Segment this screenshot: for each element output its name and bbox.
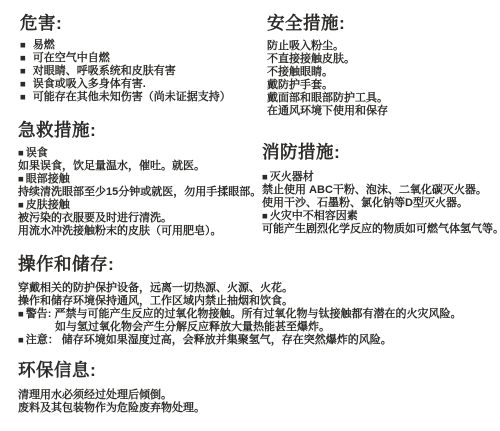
line-text: 如与氢过氧化物会产生分解反应释放大量热能甚至爆炸。 [55,321,330,333]
line-text: 在通风环境下使用和保存 [267,105,388,117]
line-text: 注意： 储存环境如果湿度过高，会释放并集聚氢气，存在突然爆炸的风险。 [26,334,392,346]
line-text: 戴面部和眼部防护工具。 [267,92,388,104]
text-line: ■皮肤接触 [18,199,268,212]
bullet-square-icon: ■ [20,78,26,91]
text-line: ■可在空气中自燃 [20,52,265,65]
text-line: ■对眼睛、呼吸系统和皮肤有害 [20,65,265,78]
bullet-square-icon: ■ [262,171,268,184]
bullet-square-icon: ■ [18,199,24,212]
text-line: ■废料及其包装物作为危险废弃物处理。 [18,402,478,415]
text-line: ■戴面部和眼部防护工具。 [267,92,495,105]
section-hazards: 危害: ■易燃 ■可在空气中自燃 ■对眼睛、呼吸系统和皮肤有害 ■误食或吸入多身… [20,13,265,104]
line-text: 操作和储存环境保持通风，工作区域内禁止抽烟和饮食。 [18,295,293,307]
text-line: ■如果误食，饮足量温水，催吐。就医。 [18,160,268,173]
text-line: ■易燃 [20,39,265,52]
text-line: ■注意： 储存环境如果湿度过高，会释放并集聚氢气，存在突然爆炸的风险。 [18,334,496,347]
section-title-fire-fighting: 消防措施: [262,142,500,163]
text-line: ■戴防护手套。 [267,79,495,92]
text-line: ■使用干沙、石墨粉、氯化钠等D型灭火器。 [262,197,500,210]
bullet-square-icon: ■ [20,39,26,52]
line-text: 不直接接触皮肤。 [267,53,355,65]
section-title-safety-measures: 安全措施: [267,13,495,34]
text-line: ■在通风环境下使用和保存 [267,105,495,118]
text-line: ■被污染的衣服要及时进行清洗。 [18,212,268,225]
text-line: ■火灾中不相容因素 [262,210,500,223]
line-text: 易燃 [33,39,55,51]
text-line: ■操作和储存环境保持通风，工作区域内禁止抽烟和饮食。 [18,295,496,308]
text-line: ■可能存在其他未知伤害（尚未证据支持） [20,91,265,104]
line-text: 清理用水必须经过处理后倾倒。 [18,389,172,401]
section-handling-storage: 操作和储存: ■穿戴相关的防护保护设备，远离一切热源、火源、火花。 ■操作和储存… [18,254,496,347]
bullet-square-icon: ■ [20,52,26,65]
bullet-square-icon: ■ [18,147,24,160]
bullet-square-icon: ■ [18,334,24,347]
section-title-environmental-info: 环保信息: [18,360,478,381]
line-text: 如果误食，饮足量温水，催吐。就医。 [18,160,205,172]
line-text: 可在空气中自燃 [33,52,110,64]
text-line: ■误食或吸入多身体有害. [20,78,265,91]
hazards-list: ■易燃 ■可在空气中自燃 ■对眼睛、呼吸系统和皮肤有害 ■误食或吸入多身体有害.… [20,39,265,104]
section-title-first-aid: 急救措施: [18,120,268,141]
bullet-square-icon: ■ [18,173,24,186]
line-text: 被污染的衣服要及时进行清洗。 [18,212,172,224]
line-text: 使用干沙、石墨粉、氯化钠等D型灭火器。 [262,197,468,209]
text-line: ■误食 [18,147,268,160]
text-line: ■防止吸入粉尘。 [267,40,495,53]
line-text: 禁止使用 ABC干粉、泡沫、二氧化碳灭火器。 [262,184,487,196]
text-line: ■灭火器材 [262,171,500,184]
text-line: ■可能产生剧烈化学反应的物质如可燃气体氢气等。 [262,223,500,236]
line-text: 误食或吸入多身体有害. [33,78,146,90]
line-text: 戴防护手套。 [267,79,333,91]
text-line: ■不直接接触皮肤。 [267,53,495,66]
text-line: ■禁止使用 ABC干粉、泡沫、二氧化碳灭火器。 [262,184,500,197]
section-fire-fighting: 消防措施: ■灭火器材 ■禁止使用 ABC干粉、泡沫、二氧化碳灭火器。 ■使用干… [262,142,500,236]
text-line: ■用流水冲洗接触粉末的皮肤（可用肥皂）。 [18,225,268,238]
text-line: ■清理用水必须经过处理后倾倒。 [18,389,478,402]
text-line: ■不接触眼睛。 [267,66,495,79]
text-line: ■持续清洗眼部至少15分钟或就医，勿用手揉眼部。 [18,186,268,199]
line-text: 持续清洗眼部至少15分钟或就医，勿用手揉眼部。 [18,186,261,198]
fire-fighting-list: ■灭火器材 ■禁止使用 ABC干粉、泡沫、二氧化碳灭火器。 ■使用干沙、石墨粉、… [262,171,500,236]
line-text: 可能产生剧烈化学反应的物质如可燃气体氢气等。 [262,223,500,235]
first-aid-list: ■误食 ■如果误食，饮足量温水，催吐。就医。 ■眼部接触 ■持续清洗眼部至少15… [18,147,268,238]
line-text: 用流水冲洗接触粉末的皮肤（可用肥皂）。 [18,225,222,237]
bullet-square-icon: ■ [20,65,26,78]
environmental-info-list: ■清理用水必须经过处理后倾倒。 ■废料及其包装物作为危险废弃物处理。 [18,389,478,415]
section-title-handling-storage: 操作和储存: [18,254,496,275]
line-text: 防止吸入粉尘。 [267,40,344,52]
section-safety-measures: 安全措施: ■防止吸入粉尘。 ■不直接接触皮肤。 ■不接触眼睛。 ■戴防护手套。… [267,13,495,118]
line-text: 皮肤接触 [26,199,70,211]
text-line: ■眼部接触 [18,173,268,186]
text-line: ■警告: 严禁与可能产生反应的过氧化物接触。所有过氧化物与钛接触都有潜在的火灾风… [18,308,496,321]
handling-storage-list: ■穿戴相关的防护保护设备，远离一切热源、火源、火花。 ■操作和储存环境保持通风，… [18,282,496,347]
text-line: ■穿戴相关的防护保护设备，远离一切热源、火源、火花。 [18,282,496,295]
section-first-aid: 急救措施: ■误食 ■如果误食，饮足量温水，催吐。就医。 ■眼部接触 ■持续清洗… [18,120,268,238]
safety-measures-list: ■防止吸入粉尘。 ■不直接接触皮肤。 ■不接触眼睛。 ■戴防护手套。 ■戴面部和… [267,40,495,118]
bullet-square-icon: ■ [18,308,24,321]
text-line: ■如与氢过氧化物会产生分解反应释放大量热能甚至爆炸。 [18,321,496,334]
line-text: 灭火器材 [270,171,314,183]
line-text: 对眼睛、呼吸系统和皮肤有害 [33,65,176,77]
line-text: 火灾中不相容因素 [270,210,358,222]
line-text: 可能存在其他未知伤害（尚未证据支持） [33,91,231,103]
line-text: 警告: 严禁与可能产生反应的过氧化物接触。所有过氧化物与钛接触都有潜在的火灾风险… [26,308,462,320]
line-text: 废料及其包装物作为危险废弃物处理。 [18,402,205,414]
line-text: 眼部接触 [26,173,70,185]
bullet-square-icon: ■ [262,210,268,223]
bullet-square-icon: ■ [20,91,26,104]
line-text: 误食 [26,147,48,159]
section-environmental-info: 环保信息: ■清理用水必须经过处理后倾倒。 ■废料及其包装物作为危险废弃物处理。 [18,360,478,415]
line-text: 不接触眼睛。 [267,66,333,78]
line-text: 穿戴相关的防护保护设备，远离一切热源、火源、火花。 [18,282,293,294]
section-title-hazards: 危害: [20,13,265,34]
